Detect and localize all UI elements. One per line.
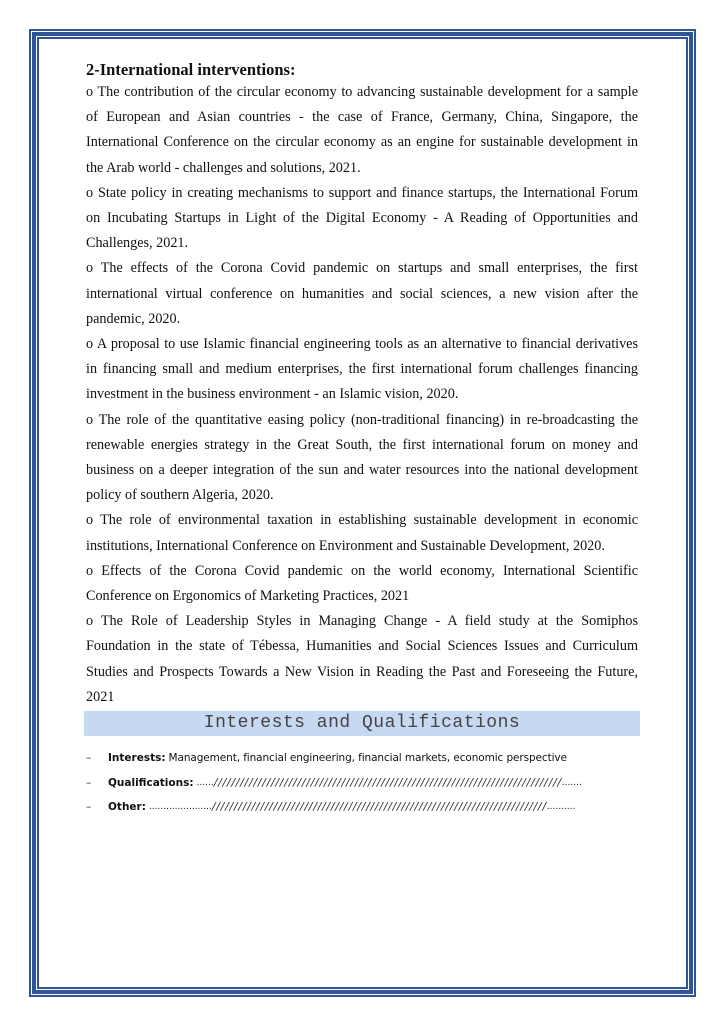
qualifications-trailing-dots: .......	[562, 771, 582, 795]
intervention-entry: o The role of the quantitative easing po…	[86, 408, 638, 509]
interests-item: – Interests: Management, financial engin…	[86, 746, 646, 771]
other-item: – Other: ...................... ////////…	[86, 795, 646, 820]
other-slashes: ////////////////////////////////////////…	[212, 795, 547, 819]
qualifications-label: Qualifications:	[108, 771, 194, 795]
intervention-entry: o The Role of Leadership Styles in Manag…	[86, 609, 638, 710]
qualifications-leading-dots: ......	[197, 771, 214, 795]
qualifications-slashes: ////////////////////////////////////////…	[214, 771, 562, 795]
intervention-entry: o The contribution of the circular econo…	[86, 80, 638, 181]
interests-qualifications-banner: Interests and Qualifications	[84, 711, 640, 736]
interests-qualifications-list: – Interests: Management, financial engin…	[86, 746, 646, 820]
international-interventions-section: 2-International interventions: o The con…	[86, 60, 638, 710]
intervention-entry: o State policy in creating mechanisms to…	[86, 181, 638, 257]
intervention-entry: o Effects of the Corona Covid pandemic o…	[86, 559, 638, 609]
intervention-entry: o A proposal to use Islamic financial en…	[86, 332, 638, 408]
intervention-entry: o The role of environmental taxation in …	[86, 508, 638, 558]
other-leading-dots: ......................	[149, 795, 212, 819]
dash-bullet-icon: –	[86, 746, 108, 770]
qualifications-item: – Qualifications: ...... ///////////////…	[86, 771, 646, 796]
other-trailing-dots: ..........	[547, 795, 576, 819]
dash-bullet-icon: –	[86, 771, 108, 795]
interests-value: Management, financial engineering, finan…	[169, 746, 567, 770]
other-label: Other:	[108, 795, 146, 819]
intervention-entry: o The effects of the Corona Covid pandem…	[86, 256, 638, 332]
dash-bullet-icon: –	[86, 795, 108, 819]
section-heading: 2-International interventions:	[86, 60, 638, 80]
interests-label: Interests:	[108, 746, 166, 770]
